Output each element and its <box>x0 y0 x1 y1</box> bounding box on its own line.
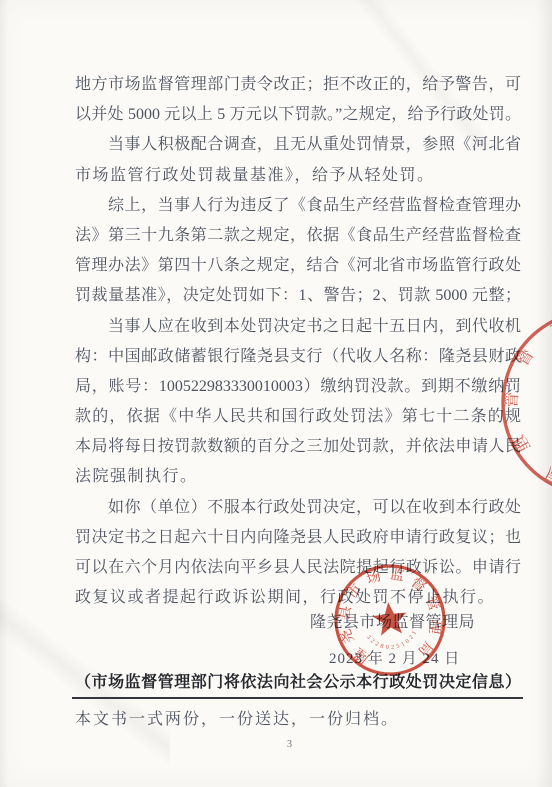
text-line: 如你（单位）不服本行政处罚决定，可以在收到本行政处 <box>75 493 521 523</box>
text-line: 构：中国邮政储蓄银行隆尧县支行（代收人名称：隆尧县财政 <box>75 342 521 372</box>
text-line: 当事人应在收到本处罚决定书之日起十五日内，到代收机 <box>75 312 521 342</box>
text-line: 管理办法》第四十八条之规定，结合《河北省市场监管行政处 <box>75 251 521 281</box>
seal-ring <box>493 301 552 505</box>
distribution-note: 本文书一式两份，一份送达，一份归档。 <box>75 708 399 732</box>
cross-page-seal: 隆尧县市场监督管理局 32280251021 <box>493 301 552 505</box>
text-line: 地方市场监督管理部门责令改正；拒不改正的，给予警告，可 <box>75 70 521 100</box>
text-line: 法》第三十九条第二款之规定，依据《食品生产经营监督检查 <box>75 221 521 251</box>
text-line: 当事人积极配合调查，且无从重处罚情景，参照《河北省 <box>75 130 521 160</box>
official-seal: 隆尧县市场监督管理局 32280251021 <box>332 562 448 678</box>
text-line: 市场监管行政处罚裁量基准》，给予从轻处罚。 <box>75 161 521 191</box>
document-body: 地方市场监督管理部门责令改正；拒不改正的，给予警告，可以并处 5000 元以上 … <box>75 70 521 613</box>
text-line: 法院强制执行。 <box>75 462 521 492</box>
star-icon <box>371 600 408 636</box>
text-line: 综上，当事人行为违反了《食品生产经营监督检查管理办 <box>75 191 521 221</box>
page-number: 3 <box>287 739 292 750</box>
seal-code: 32280251021 <box>365 629 420 653</box>
text-line: 以并处 5000 元以上 5 万元以下罚款。”之规定，给予行政处罚。 <box>75 100 521 130</box>
text-line: 局，账号：100522983330010003）缴纳罚没款。到期不缴纳罚 <box>75 372 521 402</box>
text-line: 款的，依据《中华人民共和国行政处罚法》第七十二条的规定， <box>75 402 521 432</box>
text-line: 政复议或者提起行政诉讼期间，行政处罚不停止执行。 <box>75 583 521 613</box>
text-line: 可以在六个月内依法向平乡县人民法院提起行政诉讼。申请行 <box>75 553 521 583</box>
text-line: 罚决定书之日起六十日内向隆尧县人民政府申请行政复议；也 <box>75 523 521 553</box>
document-page: 地方市场监督管理部门责令改正；拒不改正的，给予警告，可以并处 5000 元以上 … <box>0 0 552 787</box>
public-notice: （市场监督管理部门将依法向社会公示本行政处罚决定信息） <box>75 672 521 694</box>
divider-line <box>72 697 523 699</box>
text-line: 本局将每日按罚款数额的百分之三加处罚款，并依法申请人民 <box>75 432 521 462</box>
text-line: 罚裁量基准》，决定处罚如下：1、警告；2、罚款 5000 元整； <box>75 281 521 311</box>
